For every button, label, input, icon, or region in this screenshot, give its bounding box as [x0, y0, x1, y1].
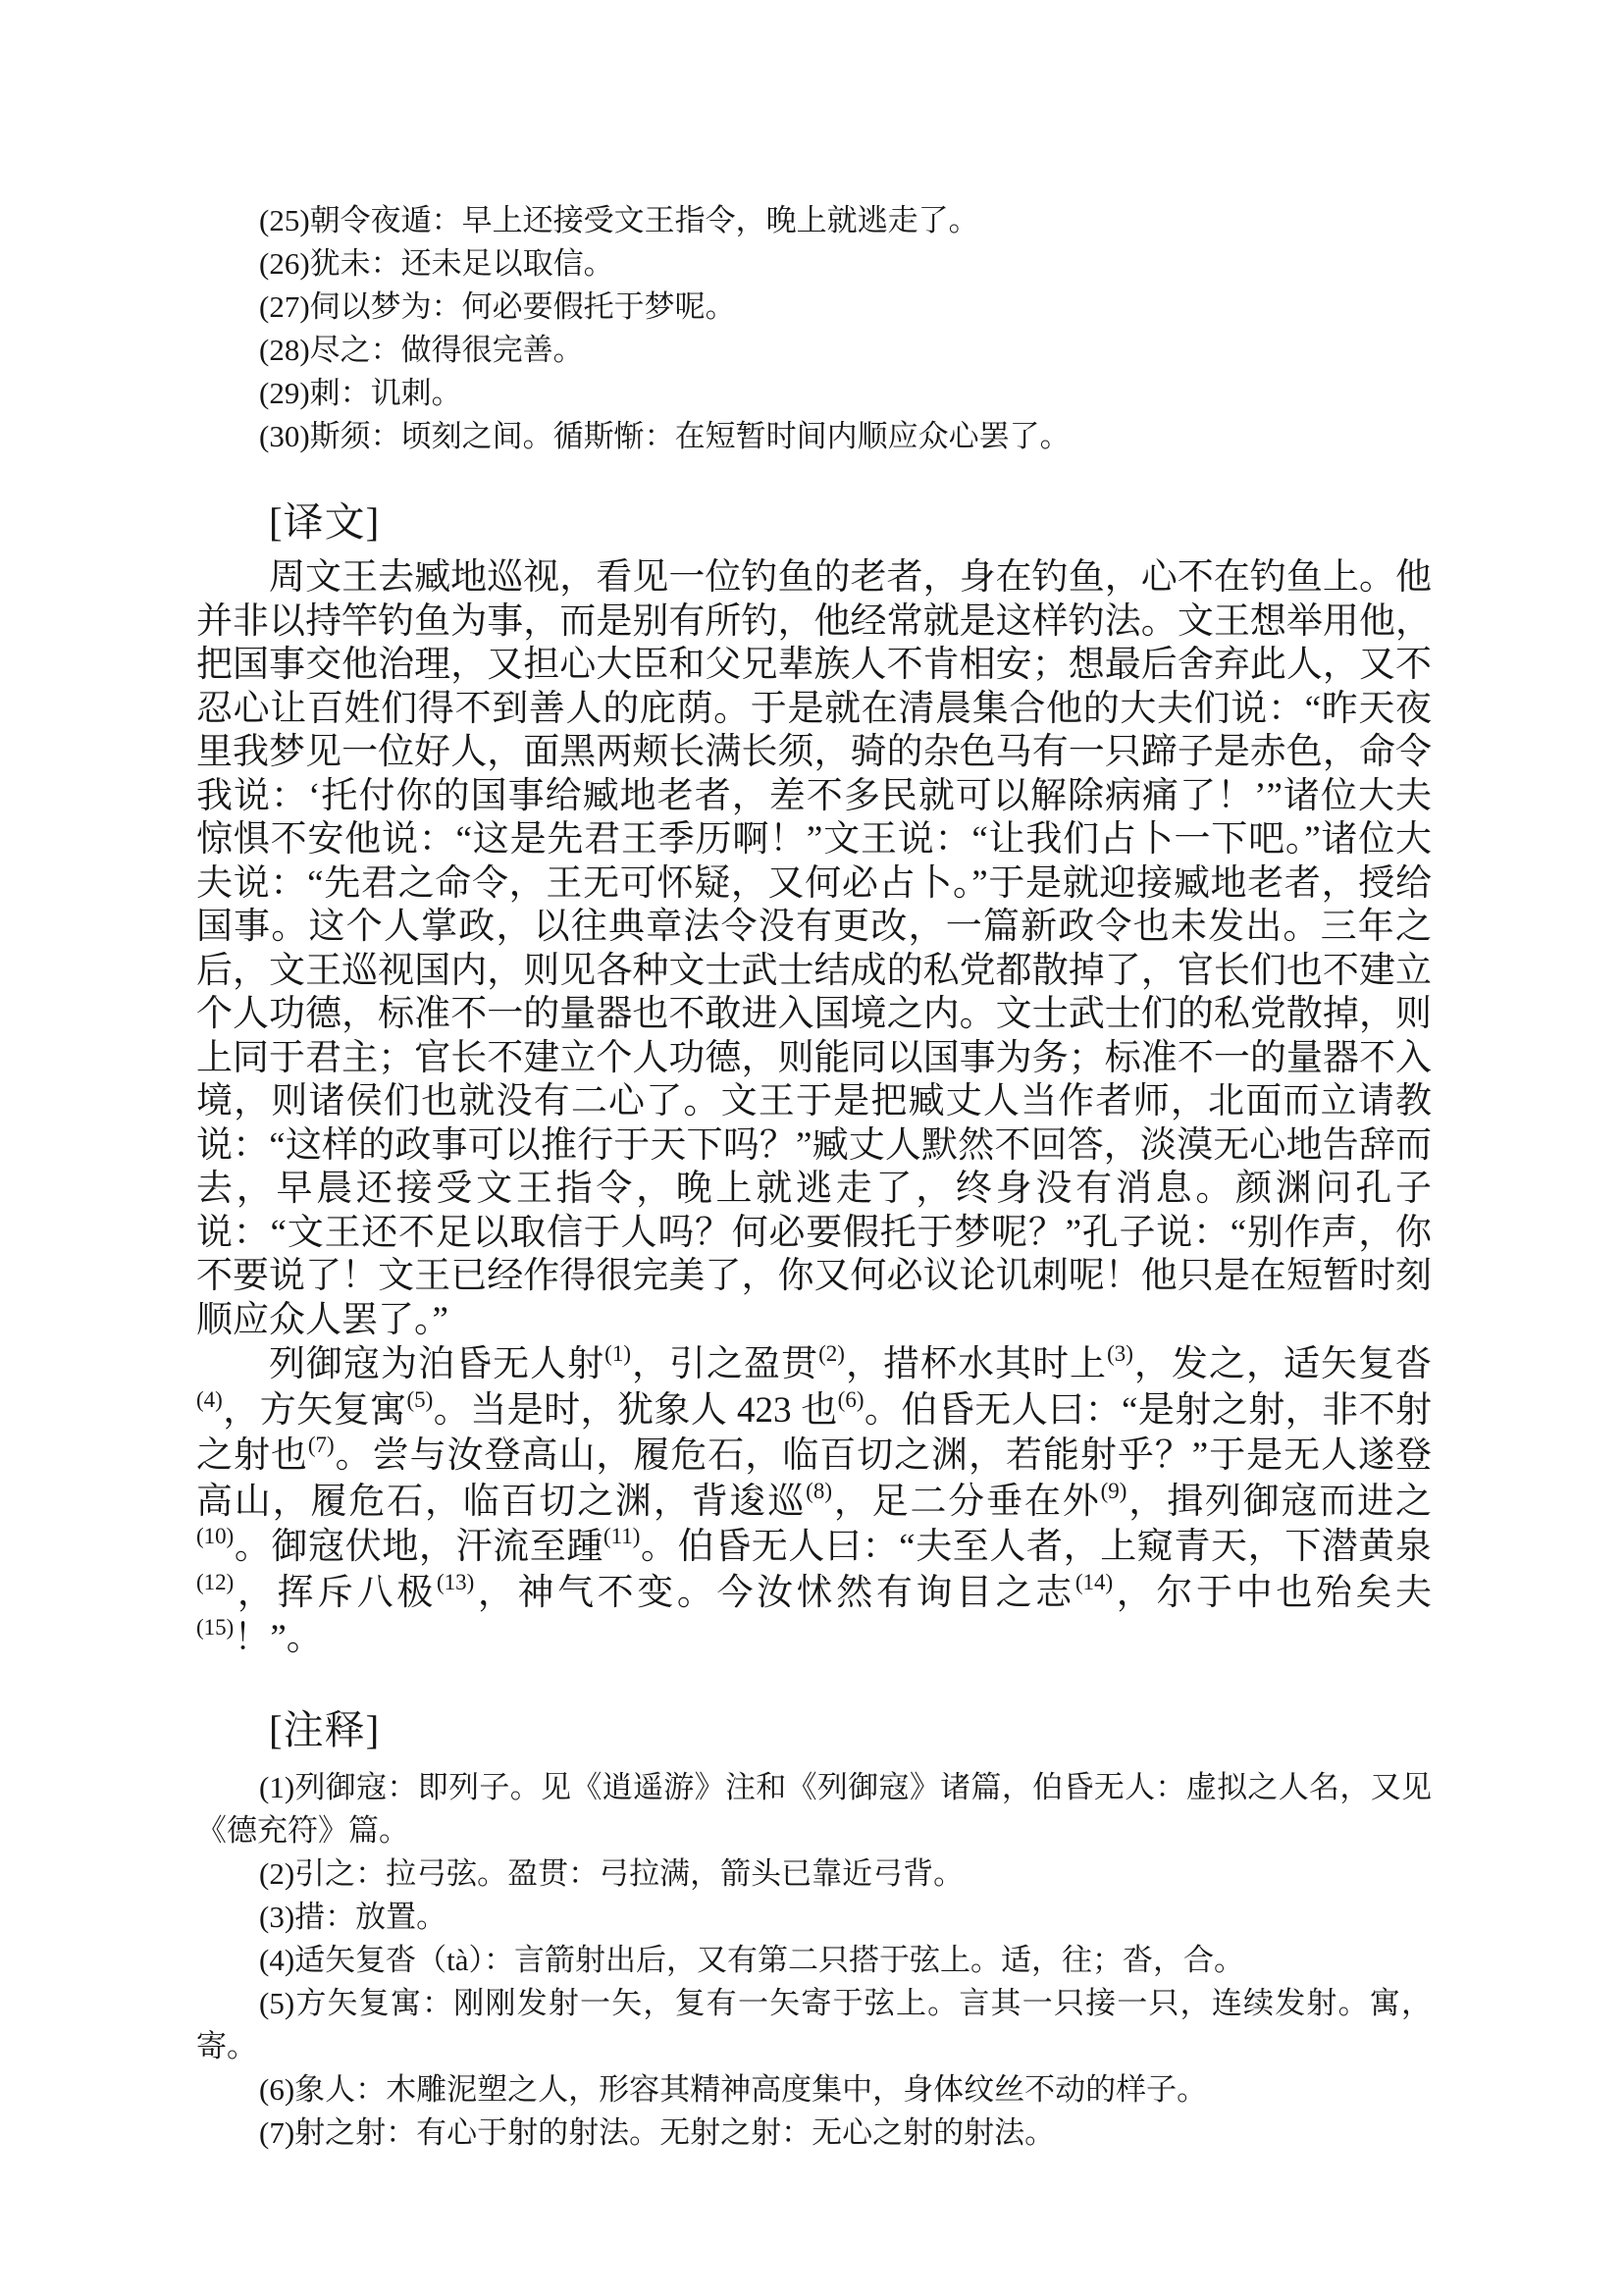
annotation-line-28: (28)尽之：做得很完善。 — [196, 329, 1432, 372]
note-line-4: (4)适矢复沓（tà）：言箭射出后，又有第二只搭于弦上。适，往；沓，合。 — [196, 1939, 1432, 1982]
annotation-line-29: (29)刺：讥刺。 — [196, 372, 1432, 415]
superscript-note-ref: (13) — [437, 1570, 474, 1594]
annotation-list-top: (25)朝令夜遁：早上还接受文王指令，晚上就逃走了。 (26)犹未：还未足以取信… — [196, 199, 1432, 458]
superscript-note-ref: (9) — [1101, 1479, 1127, 1503]
note-line-3: (3)措：放置。 — [196, 1896, 1432, 1939]
annotation-list-bottom: (1)列御寇：即列子。见《逍遥游》注和《列御寇》诸篇，伯昏无人：虚拟之人名，又见… — [196, 1766, 1432, 2155]
superscript-note-ref: (6) — [838, 1387, 864, 1412]
superscript-note-ref: (10) — [196, 1524, 234, 1548]
annotation-line-25: (25)朝令夜遁：早上还接受文王指令，晚上就逃走了。 — [196, 199, 1432, 242]
superscript-note-ref: (1) — [604, 1341, 631, 1366]
superscript-note-ref: (8) — [806, 1479, 832, 1503]
document-page: (25)朝令夜遁：早上还接受文王指令，晚上就逃走了。 (26)犹未：还未足以取信… — [0, 0, 1624, 2294]
translation-paragraph: 周文王去臧地巡视，看见一位钓鱼的老者，身在钓鱼，心不在钓鱼上。他并非以持竿钓鱼为… — [196, 556, 1432, 1342]
annotation-line-27: (27)伺以梦为：何必要假托于梦呢。 — [196, 286, 1432, 329]
annotation-line-26: (26)犹未：还未足以取信。 — [196, 242, 1432, 286]
note-line-5: (5)方矢复寓：刚刚发射一矢，复有一矢寄于弦上。言其一只接一只，连续发射。寓，寄… — [196, 1982, 1432, 2068]
superscript-note-ref: (14) — [1075, 1570, 1113, 1594]
superscript-note-ref: (2) — [818, 1341, 845, 1366]
superscript-note-ref: (11) — [603, 1524, 640, 1548]
note-line-2: (2)引之：拉弓弦。盈贯：弓拉满，箭头已靠近弓背。 — [196, 1852, 1432, 1896]
annotation-line-30: (30)斯须：顷刻之间。循斯惭：在短暂时间内顺应众心罢了。 — [196, 415, 1432, 458]
superscript-note-ref: (7) — [308, 1433, 335, 1457]
notes-section-heading: [注释] — [269, 1705, 1432, 1754]
classical-passage-paragraph: 列御寇为泊昏无人射(1)，引之盈贯(2)，措杯水其时上(3)，发之，适矢复沓(4… — [196, 1342, 1432, 1662]
superscript-note-ref: (15) — [196, 1615, 234, 1640]
superscript-note-ref: (3) — [1107, 1341, 1133, 1366]
superscript-note-ref: (5) — [407, 1387, 434, 1412]
note-line-6: (6)象人：木雕泥塑之人，形容其精神高度集中，身体纹丝不动的样子。 — [196, 2068, 1432, 2112]
superscript-note-ref: (4) — [196, 1387, 223, 1412]
note-line-1: (1)列御寇：即列子。见《逍遥游》注和《列御寇》诸篇，伯昏无人：虚拟之人名，又见… — [196, 1766, 1432, 1852]
note-line-7: (7)射之射：有心于射的射法。无射之射：无心之射的射法。 — [196, 2112, 1432, 2155]
superscript-note-ref: (12) — [196, 1570, 234, 1594]
translation-section-heading: [译文] — [269, 497, 1432, 547]
